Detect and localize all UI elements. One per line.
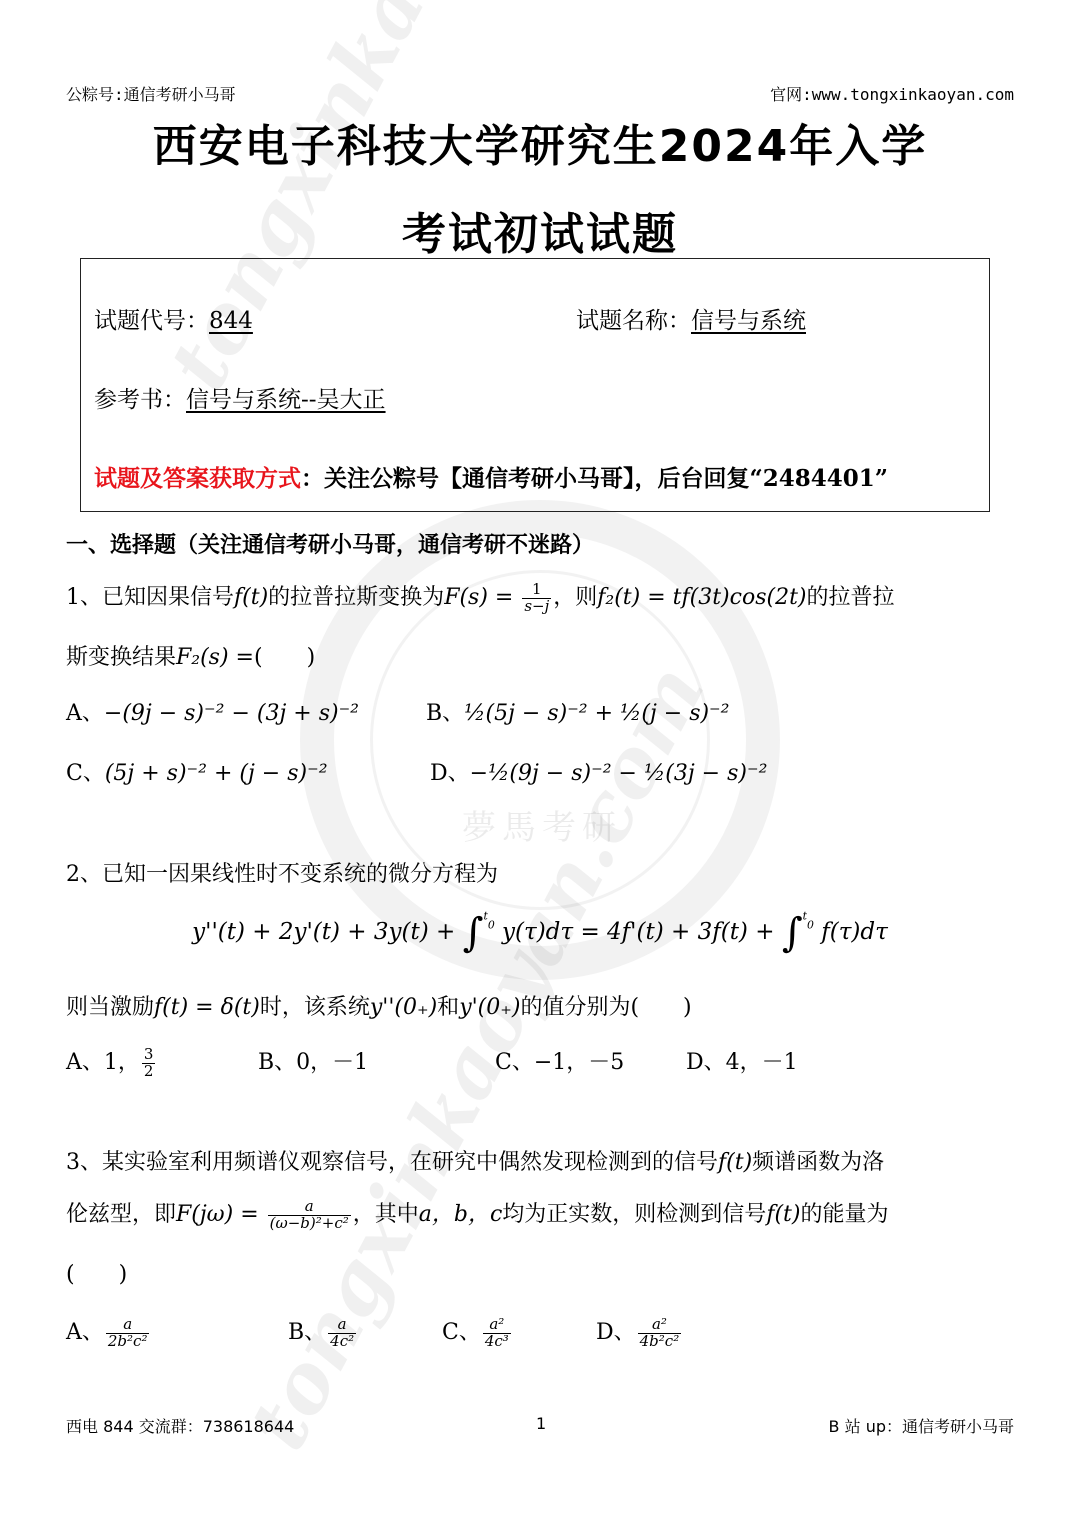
option-label: A、	[66, 1050, 104, 1075]
question-3-line2: 伦兹型，即F(jω) = a(ω−b)²+c²，其中a，b，c均为正实数，则检测…	[66, 1197, 888, 1231]
question-3-line1: 3、某实验室利用频谱仪观察信号，在研究中偶然发现检测到的信号f(t)频谱函数为洛	[66, 1145, 884, 1176]
integral-limits: t0	[803, 914, 814, 929]
int-lower: 0	[488, 919, 495, 932]
q2-differential-equation: y''(t) + 2y'(t) + 3y(t) + ∫t0 y(τ)dτ = 4…	[0, 910, 1080, 956]
q1-fraction: 1s−j	[522, 582, 551, 615]
frac-num: a	[328, 1317, 356, 1334]
q1-expr-f2: f₂(t) = tf(3t)cos(2t)	[597, 585, 806, 610]
q3-text: ，其中	[353, 1202, 419, 1227]
section-heading: 一、选择题（关注通信考研小马哥，通信考研不迷路）	[66, 528, 594, 559]
header-wechat-account: 公粽号:通信考研小马哥	[66, 82, 236, 105]
reference-book: 参考书：信号与系统--吴大正	[94, 381, 386, 414]
q1-option-c: C、(5j + s)⁻² + (j − s)⁻²	[66, 756, 328, 787]
exam-name: 试题名称：信号与系统	[576, 302, 806, 335]
q3-text: 的能量为	[800, 1202, 888, 1227]
exam-name-label: 试题名称：	[576, 308, 691, 334]
option-expr: 4，－1	[726, 1050, 798, 1075]
access-method: 试题及答案获取方式：关注公粽号【通信考研小马哥】，后台回复“2484401”	[94, 460, 888, 493]
exam-name-value: 信号与系统	[691, 308, 806, 334]
q3-expr: F(jω) =	[176, 1202, 266, 1227]
q3-fraction: a(ω−b)²+c²	[268, 1199, 351, 1232]
page-number: 1	[536, 1414, 546, 1433]
frac-num: a	[268, 1199, 351, 1216]
question-3-number: 3、	[66, 1150, 102, 1175]
option-expr: (5j + s)⁻² + (j − s)⁻²	[105, 761, 328, 786]
reference-book-value: 信号与系统--吴大正	[186, 387, 386, 413]
frac-den: 2b²c²	[106, 1334, 150, 1350]
q2-option-d: D、4，－1	[686, 1045, 798, 1076]
q3-text: 某实验室利用频谱仪观察信号，在研究中偶然发现检测到的信号	[102, 1150, 718, 1175]
q1-text: 的拉普拉	[807, 585, 895, 610]
exam-code-value: 844	[209, 308, 253, 334]
frac-den: s−j	[522, 599, 551, 615]
option-fraction: a2b²c²	[106, 1317, 150, 1350]
q2-text: 时，该系统	[260, 995, 370, 1020]
q1-option-d: D、−½(9j − s)⁻² − ½(3j − s)⁻²	[430, 756, 767, 787]
q3-vars: a，b，c	[419, 1202, 503, 1227]
int-lower: 0	[807, 919, 814, 932]
q2-option-a: A、1，32	[66, 1045, 157, 1079]
q1-text: 斯变换结果	[66, 645, 176, 670]
question-1-line1: 1、已知因果信号f(t)的拉普拉斯变换为F(s) = 1s−j，则f₂(t) =…	[66, 580, 895, 614]
option-label: D、	[596, 1320, 636, 1345]
option-fraction: a4c²	[328, 1317, 356, 1350]
option-expr: −(9j − s)⁻² − (3j + s)⁻²	[104, 701, 359, 726]
option-fraction: 32	[142, 1047, 156, 1080]
option-label: A、	[66, 701, 104, 726]
q3-expr: f(t)	[718, 1150, 752, 1175]
integral-limits: t0	[483, 914, 494, 929]
header-website: 官网:www.tongxinkaoyan.com	[770, 82, 1014, 105]
q3-option-c: C、a²4c³	[442, 1315, 513, 1349]
reference-book-label: 参考书：	[94, 387, 186, 413]
option-fraction: a²4c³	[483, 1317, 511, 1350]
frac-den: 4b²c²	[638, 1334, 682, 1350]
answer-blank: ( )	[254, 645, 315, 670]
option-expr: −½(9j − s)⁻² − ½(3j − s)⁻²	[470, 761, 768, 786]
footer-group-number: 西电 844 交流群：738618644	[66, 1414, 294, 1437]
q3-text: 伦兹型，即	[66, 1202, 176, 1227]
q2-text: 的值分别为( )	[520, 995, 691, 1020]
q1-text: ，则	[553, 585, 597, 610]
question-1-number: 1、	[66, 585, 102, 610]
frac-den: 2	[142, 1064, 156, 1080]
q1-expr-ft: f(t)	[234, 585, 268, 610]
option-label: C、	[66, 761, 105, 786]
integral-sign-icon: ∫	[782, 910, 803, 956]
question-2-line2: 则当激励f(t) = δ(t)时，该系统y''(0₊)和y'(0₊)的值分别为(…	[66, 990, 692, 1021]
q1-expr-F2: F₂(s) =	[176, 645, 254, 670]
q2-expr: y''(0₊)	[370, 995, 437, 1020]
option-label: B、	[288, 1320, 326, 1345]
option-label: D、	[686, 1050, 726, 1075]
option-expr: 0，－1	[296, 1050, 368, 1075]
option-fraction: a²4b²c²	[638, 1317, 682, 1350]
footer-bilibili: B 站 up：通信考研小马哥	[829, 1414, 1014, 1437]
option-label: D、	[430, 761, 470, 786]
q3-text: 频谱函数为洛	[752, 1150, 884, 1175]
answer-blank: ( )	[66, 1262, 127, 1287]
q1-text: 的拉普拉斯变换为	[268, 585, 444, 610]
frac-num: 3	[142, 1047, 156, 1064]
option-label: B、	[258, 1050, 296, 1075]
integral-sign-icon: ∫	[463, 910, 484, 956]
q2-expr: f(t) = δ(t)	[154, 995, 260, 1020]
q1-text: 已知因果信号	[102, 585, 234, 610]
frac-den: (ω−b)²+c²	[268, 1216, 351, 1232]
eq-mid: y(τ)dτ = 4f'(t) + 3f(t) +	[502, 919, 782, 945]
question-2-number: 2、	[66, 862, 102, 887]
q2-expr: y'(0₊)	[459, 995, 520, 1020]
question-2-line1: 2、已知一因果线性时不变系统的微分方程为	[66, 857, 498, 888]
exam-code: 试题代号：844	[94, 302, 253, 335]
option-expr: ½(5j − s)⁻² + ½(j − s)⁻²	[464, 701, 729, 726]
q3-expr: f(t)	[766, 1202, 800, 1227]
page-title-line1: 西安电子科技大学研究生2024年入学	[0, 110, 1080, 174]
q2-text: 则当激励	[66, 995, 154, 1020]
option-label: C、	[495, 1050, 534, 1075]
access-method-text: ：关注公粽号【通信考研小马哥】，后台回复“2484401”	[301, 465, 888, 492]
q2-option-c: C、−1，－5	[495, 1045, 624, 1076]
q2-text: 和	[437, 995, 459, 1020]
q3-option-d: D、a²4b²c²	[596, 1315, 683, 1349]
eq-lhs: y''(t) + 2y'(t) + 3y(t) +	[192, 919, 462, 945]
q1-option-b: B、½(5j − s)⁻² + ½(j − s)⁻²	[426, 696, 730, 727]
watermark-seal-text: 夢馬考研	[462, 800, 622, 849]
option-label: A、	[66, 1320, 104, 1345]
question-3-line3: ( )	[66, 1257, 127, 1288]
option-expr: −1，－5	[534, 1050, 624, 1075]
frac-den: 4c²	[328, 1334, 356, 1350]
watermark-seal-ring	[300, 500, 780, 980]
access-method-label: 试题及答案获取方式	[94, 465, 301, 492]
q2-option-b: B、0，－1	[258, 1045, 368, 1076]
option-expr: 1，	[104, 1050, 140, 1075]
frac-num: a²	[483, 1317, 511, 1334]
eq-rhs: f(τ)dτ	[821, 919, 888, 945]
frac-num: a	[106, 1317, 150, 1334]
q3-text: 均为正实数，则检测到信号	[502, 1202, 766, 1227]
q2-text: 已知一因果线性时不变系统的微分方程为	[102, 862, 498, 887]
q3-option-a: A、a2b²c²	[66, 1315, 151, 1349]
option-label: B、	[426, 701, 464, 726]
q3-option-b: B、a4c²	[288, 1315, 358, 1349]
page-title-line2: 考试初试试题	[0, 198, 1080, 262]
frac-num: 1	[522, 582, 551, 599]
frac-den: 4c³	[483, 1334, 511, 1350]
q1-expr-Fs: F(s) =	[444, 585, 520, 610]
q1-option-a: A、−(9j − s)⁻² − (3j + s)⁻²	[66, 696, 359, 727]
frac-num: a²	[638, 1317, 682, 1334]
question-1-line2: 斯变换结果F₂(s) =( )	[66, 640, 315, 671]
exam-code-label: 试题代号：	[94, 308, 209, 334]
option-label: C、	[442, 1320, 481, 1345]
